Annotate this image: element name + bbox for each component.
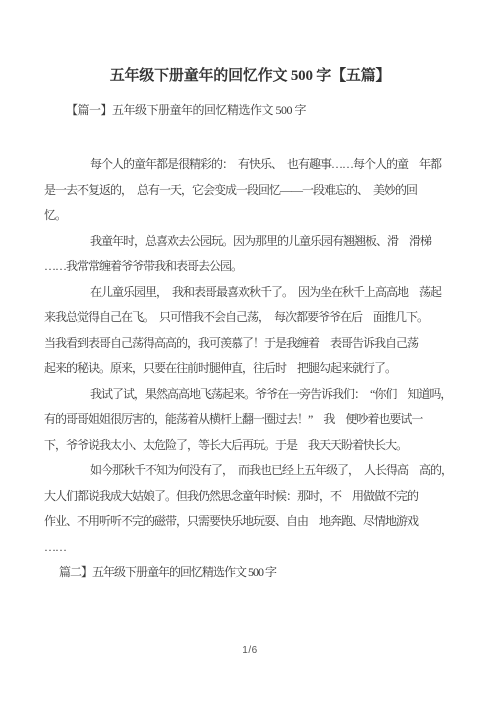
essay-paragraph-3: 在儿童乐园里， 我和表哥最喜欢秋千了。 因为坐在秋千上高高地 荡起来我总觉得自己…	[44, 280, 456, 382]
essay-paragraph-1: 每个人的童年都是很精彩的： 有快乐、 也有趣事……每个人的童 年都是一去不复返的…	[44, 152, 456, 229]
document-page: 五年级下册童年的回忆作文 500 字【五篇】 【篇一】五年级下册童年的回忆精选作…	[0, 0, 500, 708]
essay-paragraph-2: 我童年时，总喜欢去公园玩。因为那里的儿童乐园有翘翘板、滑 滑梯……我常常缠着爷爷…	[44, 229, 456, 280]
section-2-heading: 篇二】五年级下册童年的回忆精选作文 500 字	[44, 560, 456, 586]
essay-paragraph-4: 我试了试，果然高高地飞荡起来。爷爷在一旁告诉我们： “你们 知道吗，有的哥哥姐姐…	[44, 382, 456, 459]
essay-paragraph-5: 如今那秋千不知为何没有了， 而我也已经上五年级了， 人长得高 高的，大人们都说我…	[44, 458, 456, 560]
document-title: 五年级下册童年的回忆作文 500 字【五篇】	[0, 0, 500, 88]
essay-body: 每个人的童年都是很精彩的： 有快乐、 也有趣事……每个人的童 年都是一去不复返的…	[44, 152, 456, 586]
section-1-heading: 【篇一】五年级下册童年的回忆精选作文 500 字	[0, 98, 500, 122]
page-number: 1/6	[0, 644, 500, 658]
